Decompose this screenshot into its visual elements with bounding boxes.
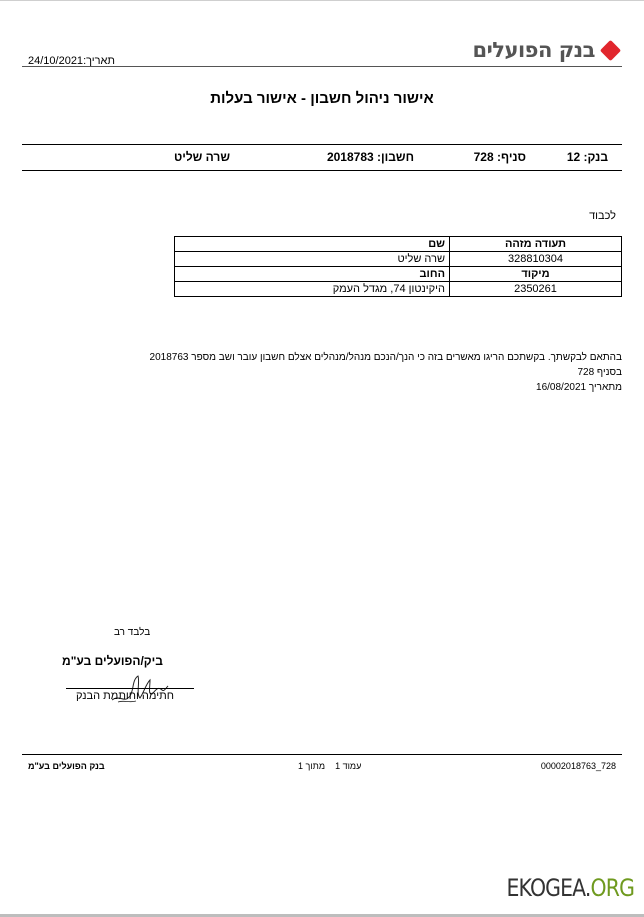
signature-closing: בלבד רב bbox=[114, 627, 150, 638]
greeting: לכבוד bbox=[589, 210, 616, 222]
table-header-row: מיקוד החוב bbox=[175, 267, 622, 282]
strip-bottom-divider bbox=[22, 170, 622, 171]
address-header: החוב bbox=[175, 267, 450, 282]
page-label: עמוד 1 bbox=[335, 761, 361, 771]
zip-header: מיקוד bbox=[450, 267, 622, 282]
signature-caption: חתימה וחותמת הבנק bbox=[76, 690, 174, 702]
header-divider bbox=[22, 66, 622, 67]
footer-divider bbox=[22, 754, 622, 755]
account-holder-name: שרה שליט bbox=[174, 150, 230, 164]
id-header: תעודה מזהה bbox=[450, 237, 622, 252]
customer-info-table: תעודה מזהה שם 328810304 שרה שליט מיקוד ה… bbox=[174, 236, 622, 297]
logo-text: בנק הפועלים bbox=[472, 38, 595, 62]
bank-number: בנק: 12 bbox=[567, 150, 608, 164]
account-number: חשבון: 2018783 bbox=[327, 150, 414, 164]
page-indicator: עמוד 1מתוך 1 bbox=[288, 761, 361, 771]
watermark-main: EKOGEA. bbox=[506, 874, 590, 902]
strip-top-divider bbox=[22, 144, 622, 145]
branch-number: סניף: 728 bbox=[474, 150, 526, 164]
name-header: שם bbox=[175, 237, 450, 252]
of-label: מתוך 1 bbox=[298, 761, 325, 771]
table-row: 2350261 היקינטון 74, מגדל העמק bbox=[175, 282, 622, 297]
signature-line bbox=[66, 688, 194, 689]
signature-company: ביק/הפועלים בע"מ bbox=[62, 654, 163, 668]
zip-value: 2350261 bbox=[450, 282, 622, 297]
confirmation-line-2: מתאריך 16/08/2021 bbox=[140, 380, 622, 395]
table-header-row: תעודה מזהה שם bbox=[175, 237, 622, 252]
document-title: אישור ניהול חשבון - אישור בעלות bbox=[0, 90, 644, 107]
footer-reference: 00002018763_728 bbox=[541, 761, 616, 771]
table-row: 328810304 שרה שליט bbox=[175, 252, 622, 267]
confirmation-text: בהתאם לבקשתך. בקשתכם הריגו מאשרים בזה כי… bbox=[140, 350, 622, 395]
red-diamond-icon bbox=[600, 39, 621, 60]
page-top-edge bbox=[0, 0, 644, 1]
id-value: 328810304 bbox=[450, 252, 622, 267]
watermark-tld: ORG bbox=[591, 874, 634, 902]
confirmation-line-1: בהתאם לבקשתך. בקשתכם הריגו מאשרים בזה כי… bbox=[140, 350, 622, 380]
watermark-logo: EKOGEA.ORG bbox=[506, 874, 634, 902]
footer-bank-name: בנק הפועלים בע"מ bbox=[28, 761, 105, 771]
name-value: שרה שליט bbox=[175, 252, 450, 267]
address-value: היקינטון 74, מגדל העמק bbox=[175, 282, 450, 297]
bank-logo: בנק הפועלים bbox=[472, 38, 622, 62]
